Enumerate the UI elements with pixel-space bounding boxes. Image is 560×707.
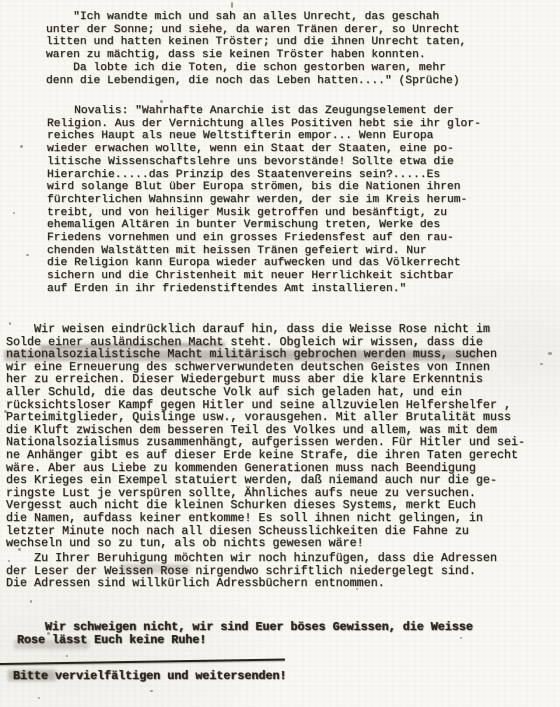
ink-speck [540,363,543,365]
address-note-paragraph: Zu Ihrer Beruhigung möchten wir noch hin… [6,552,497,590]
divider-line [0,659,285,665]
ink-speck [548,352,552,355]
closing-statement-paragraph: Wir schweigen nicht, wir sind Euer böses… [17,621,473,646]
leaflet-page: "Ich wandte mich und sah an alles Unrech… [0,0,560,707]
ink-speck [160,100,163,103]
ink-speck [30,600,32,603]
ink-speck [13,212,15,214]
ink-speck [26,254,29,256]
footer-instruction: Bitte vervielfältigen und weitersenden! [13,670,287,683]
ink-speck [20,145,23,148]
ink-speck [38,697,40,699]
novalis-quote-paragraph: Novalis: "Wahrhafte Anarchie ist das Zeu… [47,105,481,296]
bible-quote-paragraph: "Ich wandte mich und sah an alles Unrech… [46,11,466,87]
ink-speck [231,2,233,8]
ink-speck [66,655,68,657]
ink-speck [150,690,153,692]
main-body-paragraph: Wir weisen eindrücklich darauf hin, dass… [6,323,525,550]
